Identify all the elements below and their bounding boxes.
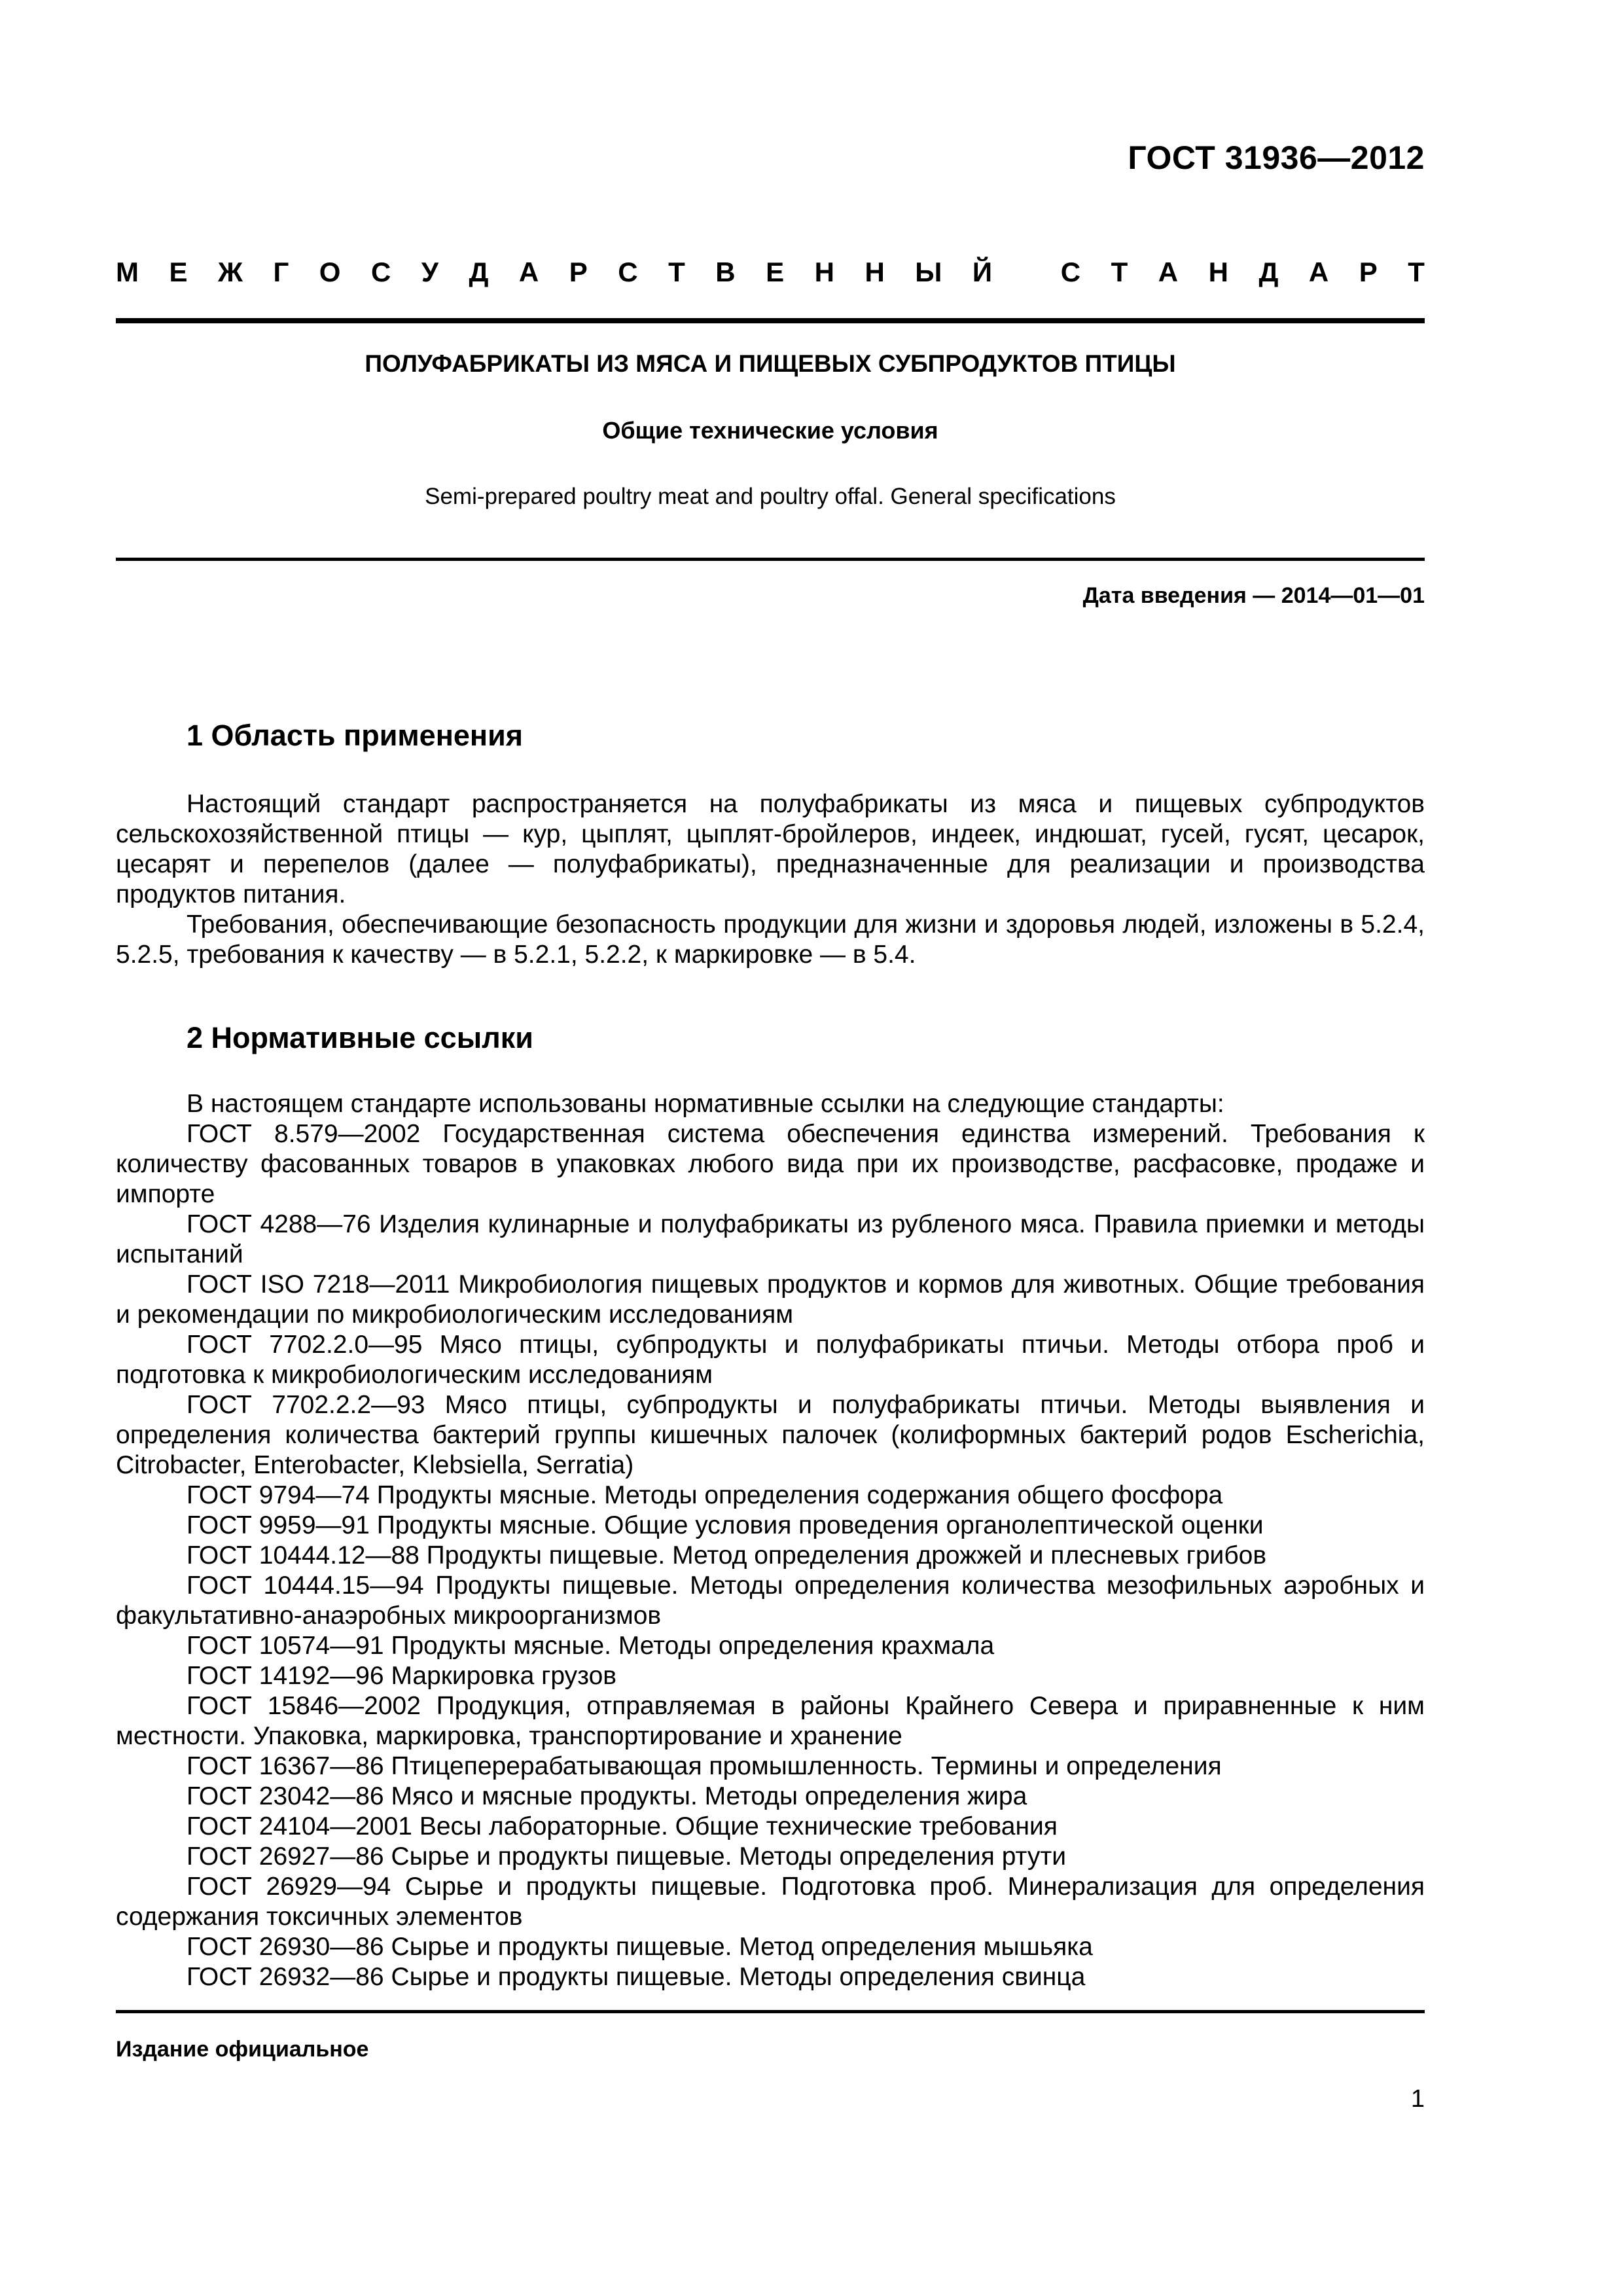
standard-type-heading: МЕЖГОСУДАРСТВЕННЫЙ СТАНДАРТ xyxy=(116,257,1425,288)
header-rule xyxy=(116,318,1425,323)
heading-letter: Н xyxy=(1209,257,1228,288)
paragraph: Настоящий стандарт распространяется на п… xyxy=(116,789,1425,910)
paragraph: Требования, обеспечивающие безопасность … xyxy=(116,910,1425,970)
heading-letter: А xyxy=(1158,257,1178,288)
heading-letter: Н xyxy=(865,257,884,288)
reference-item: ГОСТ 14192—96 Маркировка грузов xyxy=(116,1661,1425,1691)
heading-letter: Ы xyxy=(915,257,942,288)
reference-item: ГОСТ 26929—94 Сырье и продукты пищевые. … xyxy=(116,1872,1425,1932)
heading-letter: Д xyxy=(1258,257,1278,288)
reference-item: ГОСТ ISO 7218—2011 Микробиология пищевых… xyxy=(116,1270,1425,1330)
heading-letter: Д xyxy=(469,257,488,288)
heading-letter: С xyxy=(618,257,637,288)
heading-letter: У xyxy=(421,257,438,288)
reference-item: ГОСТ 10444.15—94 Продукты пищевые. Метод… xyxy=(116,1571,1425,1631)
reference-item: ГОСТ 23042—86 Мясо и мясные продукты. Ме… xyxy=(116,1782,1425,1812)
reference-item: ГОСТ 7702.2.2—93 Мясо птицы, субпродукты… xyxy=(116,1390,1425,1480)
reference-item: ГОСТ 24104—2001 Весы лабораторные. Общие… xyxy=(116,1812,1425,1842)
heading-letter: Е xyxy=(766,257,784,288)
page-number: 1 xyxy=(1411,2085,1425,2113)
heading-letter: Н xyxy=(815,257,834,288)
heading-letter: Р xyxy=(1359,257,1378,288)
section-2-heading: 2 Нормативные ссылки xyxy=(187,1021,533,1055)
reference-item: ГОСТ 10444.12—88 Продукты пищевые. Метод… xyxy=(116,1541,1425,1571)
document-page: ГОСТ 31936—2012 МЕЖГОСУДАРСТВЕННЫЙ СТАНД… xyxy=(0,0,1623,2296)
heading-letter: Т xyxy=(668,257,685,288)
heading-letter: М xyxy=(116,257,139,288)
heading-letter: А xyxy=(1309,257,1329,288)
section-1-body: Настоящий стандарт распространяется на п… xyxy=(116,789,1425,970)
heading-letter: А xyxy=(519,257,539,288)
heading-letter: Й xyxy=(972,257,992,288)
official-edition-label: Издание официальное xyxy=(116,2037,368,2062)
heading-letter: Г xyxy=(273,257,289,288)
reference-item: ГОСТ 26927—86 Сырье и продукты пищевые. … xyxy=(116,1842,1425,1872)
reference-item: ГОСТ 7702.2.0—95 Мясо птицы, субпродукты… xyxy=(116,1330,1425,1390)
reference-item: ГОСТ 26932—86 Сырье и продукты пищевые. … xyxy=(116,1962,1425,1992)
heading-letter: Т xyxy=(1408,257,1425,288)
heading-letter: О xyxy=(319,257,341,288)
heading-letter: Е xyxy=(169,257,188,288)
title-rule xyxy=(116,558,1425,561)
reference-item: ГОСТ 16367—86 Птицеперерабатывающая пром… xyxy=(116,1751,1425,1782)
reference-item: ГОСТ 26930—86 Сырье и продукты пищевые. … xyxy=(116,1932,1425,1962)
reference-item: ГОСТ 4288—76 Изделия кулинарные и полуфа… xyxy=(116,1210,1425,1270)
heading-letter xyxy=(1023,257,1031,288)
section-2-body: В настоящем стандарте использованы норма… xyxy=(116,1089,1425,1992)
heading-letter: С xyxy=(1061,257,1080,288)
document-title: ПОЛУФАБРИКАТЫ ИЗ МЯСА И ПИЩЕВЫХ СУБПРОДУ… xyxy=(116,350,1425,378)
heading-letter: Р xyxy=(569,257,588,288)
paragraph: В настоящем стандарте использованы норма… xyxy=(116,1089,1425,1119)
heading-letter: В xyxy=(715,257,735,288)
footer-rule xyxy=(116,2010,1425,2013)
reference-item: ГОСТ 15846—2002 Продукция, отправляемая … xyxy=(116,1691,1425,1751)
reference-item: ГОСТ 8.579—2002 Государственная система … xyxy=(116,1119,1425,1210)
reference-item: ГОСТ 10574—91 Продукты мясные. Методы оп… xyxy=(116,1631,1425,1661)
section-1-heading: 1 Область применения xyxy=(187,719,523,753)
introduction-date: Дата введения — 2014—01—01 xyxy=(1083,583,1425,609)
reference-item: ГОСТ 9794—74 Продукты мясные. Методы опр… xyxy=(116,1480,1425,1511)
heading-letter: Т xyxy=(1111,257,1128,288)
document-subtitle: Общие технические условия xyxy=(116,417,1425,444)
gost-number: ГОСТ 31936—2012 xyxy=(1128,139,1425,177)
heading-letter: Ж xyxy=(218,257,243,288)
document-title-english: Semi-prepared poultry meat and poultry o… xyxy=(116,484,1425,510)
heading-letter: С xyxy=(371,257,391,288)
reference-item: ГОСТ 9959—91 Продукты мясные. Общие усло… xyxy=(116,1511,1425,1541)
